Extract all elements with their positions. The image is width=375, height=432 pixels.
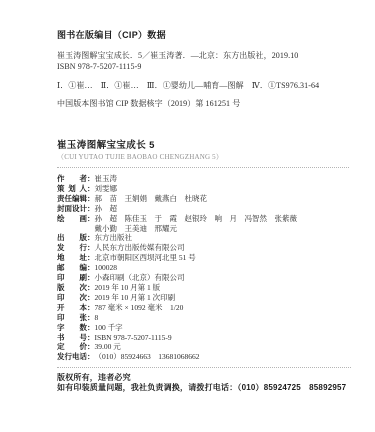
info-row-planner: 策划人：刘雯娜 <box>57 184 351 194</box>
info-row-value: ISBN 978-7-5207-1115-9 <box>95 333 352 343</box>
info-row-value: 100 千字 <box>95 323 352 333</box>
info-row-label: 书号 <box>57 333 87 343</box>
info-row-value: 人民东方出版传媒有限公司 <box>95 243 352 253</box>
info-row-author: 作者：崔玉涛 <box>57 174 351 184</box>
info-row-editors: 责任编辑：郝 苗 王娟娟 戴燕白 杜晓花 <box>57 194 351 204</box>
info-row-colon: ： <box>87 184 95 194</box>
info-row-label: 策划人 <box>57 184 87 194</box>
info-row-sheets: 印张：8 <box>57 313 351 323</box>
info-row-value: 39.00 元 <box>95 342 352 352</box>
info-row-colon: ： <box>87 283 95 293</box>
info-row-value: 2019 年 10 月第 1 版 <box>95 283 352 293</box>
info-row-value: 8 <box>95 313 352 323</box>
rights-reserved-notice: 版权所有，违者必究 <box>57 373 351 383</box>
info-row-isbn: 书号：ISBN 978-7-5207-1115-9 <box>57 333 351 343</box>
info-row-impression: 印次：2019 年 10 月第 1 次印刷 <box>57 293 351 303</box>
info-row-value: 孙 超 <box>95 204 352 214</box>
info-row-price: 定价：39.00 元 <box>57 342 351 352</box>
info-row-label: 印刷 <box>57 273 87 283</box>
info-row-label: 开本 <box>57 303 87 313</box>
quality-replacement-notice: 如有印装质量问题，我社负责调换，请拨打电话：（010）85924725 8589… <box>57 383 351 393</box>
info-row-label: 版次 <box>57 283 87 293</box>
info-row-colon: ： <box>87 194 95 204</box>
book-title-pinyin: （CUI YUTAO TUJIE BAOBAO CHENGZHANG 5） <box>57 153 349 162</box>
info-row-colon: ： <box>87 342 95 352</box>
copyright-section: 版权所有，违者必究 如有印装质量问题，我社负责调换，请拨打电话：（010）859… <box>57 367 351 393</box>
info-row-label: 定价 <box>57 342 87 352</box>
info-row-edition: 版次：2019 年 10 月第 1 版 <box>57 283 351 293</box>
info-row-label: 封面设计 <box>57 204 87 214</box>
info-row-value: 100028 <box>95 263 352 273</box>
info-row-publisher: 出版：东方出版社 <box>57 233 351 243</box>
info-row-label: 责任编辑 <box>57 194 87 204</box>
info-row-label: 发行 <box>57 243 87 253</box>
info-row-colon: ： <box>87 204 95 214</box>
info-row-label: 字数 <box>57 323 87 333</box>
cip-isbn-line: ISBN 978-7-5207-1115-9 <box>57 61 349 72</box>
info-row-colon: ： <box>87 313 95 323</box>
info-row-value: 郝 苗 王娟娟 戴燕白 杜晓花 <box>95 194 352 204</box>
info-row-label: 印次 <box>57 293 87 303</box>
info-row-colon: ： <box>87 333 95 343</box>
info-row-colon: ： <box>87 174 95 184</box>
info-row-word-count: 字数：100 千字 <box>57 323 351 333</box>
cip-classification-line: Ⅰ．①崔… Ⅱ．①崔… Ⅲ．①婴幼儿—哺育—图解 Ⅳ．①TS976.31-64 <box>57 80 349 91</box>
book-title: 崔玉涛图解宝宝成长 5 <box>57 140 349 151</box>
info-row-value: 东方出版社 <box>95 233 352 243</box>
info-row-colon: ： <box>87 352 95 362</box>
info-row-value: 2019 年 10 月第 1 次印刷 <box>95 293 352 303</box>
cip-section: 图书在版编目（CIP）数据 崔玉涛图解宝宝成长．5／崔玉涛著．—北京：东方出版社… <box>57 30 349 109</box>
info-row-label: 发行电话 <box>57 352 87 362</box>
info-row-colon: ： <box>87 214 95 224</box>
info-row-label: 作者 <box>57 174 87 184</box>
info-row-label: 印张 <box>57 313 87 323</box>
info-row-value: 小森印刷（北京）有限公司 <box>95 273 352 283</box>
info-row-value: 刘雯娜 <box>95 184 352 194</box>
cip-catalog-line: 崔玉涛图解宝宝成长．5／崔玉涛著．—北京：东方出版社，2019.10 <box>57 50 349 61</box>
info-row-colon: ： <box>87 263 95 273</box>
info-row-value: 孙 超 陈佳玉 于 霞 赵银玲 响 月 冯智然 张紫薇 戴小勤 王美迪 邢耀元 <box>95 214 352 234</box>
info-row-colon: ： <box>87 323 95 333</box>
info-row-colon: ： <box>87 253 95 263</box>
info-row-cover-design: 封面设计：孙 超 <box>57 204 351 214</box>
info-row-colon: ： <box>87 293 95 303</box>
info-row-value: （010）85924663 13681068662 <box>95 352 352 362</box>
info-row-postcode: 邮编：100028 <box>57 263 351 273</box>
publication-info-list: 作者：崔玉涛 策划人：刘雯娜 责任编辑：郝 苗 王娟娟 戴燕白 杜晓花 封面设计… <box>57 174 351 362</box>
info-row-printer: 印刷：小森印刷（北京）有限公司 <box>57 273 351 283</box>
info-row-label: 地址 <box>57 253 87 263</box>
info-row-value: 崔玉涛 <box>95 174 352 184</box>
info-row-colon: ： <box>87 243 95 253</box>
cip-record-number-line: 中国版本图书馆 CIP 数据核字（2019）第 161251 号 <box>57 98 349 109</box>
info-row-colon: ： <box>87 303 95 313</box>
info-row-value: 787 毫米 × 1092 毫米 1/20 <box>95 303 352 313</box>
dotted-separator <box>57 167 349 168</box>
info-row-address: 地址：北京市朝阳区西坝河北里 51 号 <box>57 253 351 263</box>
info-row-illustrators: 绘画：孙 超 陈佳玉 于 霞 赵银玲 响 月 冯智然 张紫薇 戴小勤 王美迪 邢… <box>57 214 351 234</box>
copyright-page: 图书在版编目（CIP）数据 崔玉涛图解宝宝成长．5／崔玉涛著．—北京：东方出版社… <box>0 0 375 432</box>
info-row-label: 出版 <box>57 233 87 243</box>
info-row-colon: ： <box>87 233 95 243</box>
cip-heading: 图书在版编目（CIP）数据 <box>57 30 349 41</box>
info-row-format: 开本：787 毫米 × 1092 毫米 1/20 <box>57 303 351 313</box>
info-row-label: 邮编 <box>57 263 87 273</box>
info-row-value: 北京市朝阳区西坝河北里 51 号 <box>95 253 352 263</box>
info-row-sales-phone: 发行电话：（010）85924663 13681068662 <box>57 352 351 362</box>
info-row-colon: ： <box>87 273 95 283</box>
title-section: 崔玉涛图解宝宝成长 5 （CUI YUTAO TUJIE BAOBAO CHEN… <box>57 140 349 168</box>
info-row-distributor: 发行：人民东方出版传媒有限公司 <box>57 243 351 253</box>
info-row-label: 绘画 <box>57 214 87 224</box>
